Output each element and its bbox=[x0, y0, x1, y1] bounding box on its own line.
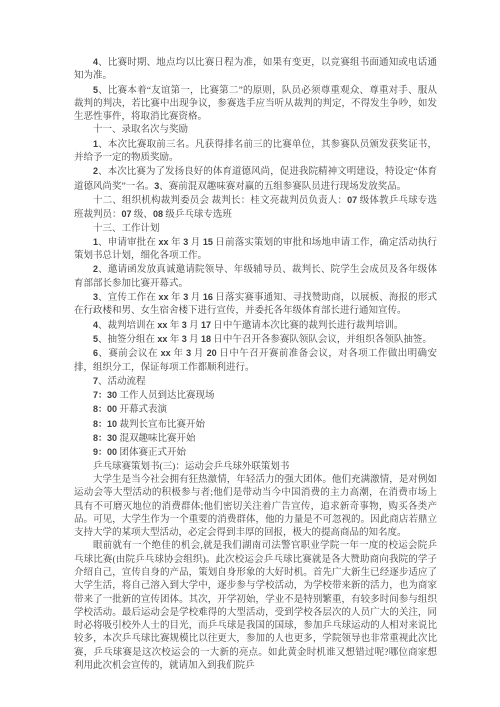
document-page: 4、比赛时期、地点均以比赛日程为准，如果有变更，以竞赛组书面通知或电话通知为准。… bbox=[0, 0, 500, 707]
paragraph-list-item: 2、邀请函发放真诚邀请院领导、年级辅导员、裁判长、院学生会成员及各年级体育部部长… bbox=[74, 263, 437, 291]
paragraph-section-heading: 十二、组织机构裁判委员会 裁判长：桂文亮裁判员负责人：07 级体教乒乓球专选班裁… bbox=[74, 194, 437, 223]
paragraph-schedule-item: 8：10 裁判长宣布比赛开始 bbox=[74, 418, 437, 432]
paragraph-list-item: 7、活动流程 bbox=[74, 375, 437, 389]
paragraph-list-item: 1、申请审批在 xx 年 3 月 15 日前落实策划的审批和场地申请工作，确定活… bbox=[74, 236, 437, 264]
paragraph-list-item: 2、本次比赛为了发扬良好的体育道德风尚，促进我院精神文明建设，特设定“体育道德风… bbox=[74, 165, 437, 194]
paragraph-list-item: 4、比赛时期、地点均以比赛日程为准，如果有变更，以竞赛组书面通知或电话通知为准。 bbox=[74, 56, 437, 84]
paragraph-section-heading: 十三、工作计划 bbox=[74, 223, 437, 236]
paragraph-section-heading: 十一、录取名次与奖励 bbox=[74, 124, 437, 137]
paragraph-schedule-item: 8：00 开幕式表演 bbox=[74, 403, 437, 417]
paragraph-list-item: 4、裁判培训在 xx 年 3 月 17 日中午邀请本次比赛的裁判长进行裁判培训。 bbox=[74, 319, 437, 333]
paragraph-schedule-item: 9：00 团体赛正式开始 bbox=[74, 446, 437, 460]
paragraph-subtitle: 乒乓球赛策划书(三)：运动会乒乓球外联策划书 bbox=[74, 461, 437, 474]
paragraph-list-item: 1、本次比赛取前三名。凡获得排名前三的比赛单位，其参赛队员颁发获奖证书，并给予一… bbox=[74, 138, 437, 166]
paragraph-body: 眼前就有一个绝佳的机会,就是我们湖南司法警官职业学院一年一度的校运会院乒乓球比赛… bbox=[74, 540, 437, 673]
paragraph-schedule-item: 7：30 工作人员到达比赛现场 bbox=[74, 389, 437, 403]
paragraph-list-item: 5、比赛本着“友谊第一，比赛第二”的原则，队员必须尊重观众、尊重对手、服从裁判的… bbox=[74, 84, 437, 125]
document-body: 4、比赛时期、地点均以比赛日程为准，如果有变更，以竞赛组书面通知或电话通知为准。… bbox=[74, 56, 437, 673]
paragraph-list-item: 3、宣传工作在 xx 年 3 月 16 日落实赛事通知、寻找赞助商，以展板、海报… bbox=[74, 291, 437, 319]
paragraph-schedule-item: 8：30 混双趣味比赛开始 bbox=[74, 432, 437, 446]
paragraph-list-item: 5、抽签分组在 xx 年 3 月 18 日中午召开各参赛队领队会议，并组织各领队… bbox=[74, 333, 437, 347]
paragraph-list-item: 6、赛前会议在 xx 年 3 月 20 日中午召开赛前准备会议，对各项工作做出明… bbox=[74, 347, 437, 375]
paragraph-body: 大学生是当今社会拥有狂热激情，年轻活力的强大团体。他们充满激情，是对例如运动会等… bbox=[74, 474, 437, 540]
